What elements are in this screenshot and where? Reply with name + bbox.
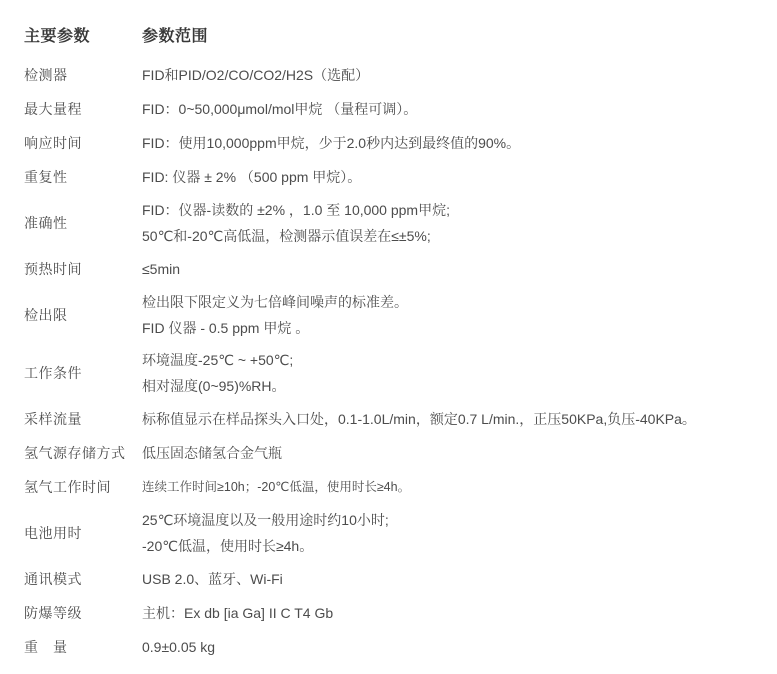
spec-value-line: 50℃和-20℃高低温，检测器示值误差在≤±5%; — [142, 223, 753, 249]
spec-row: 重复性FID: 仪器 ± 2% （500 ppm 甲烷）。 — [24, 160, 753, 194]
spec-label: 重 量 — [24, 637, 142, 657]
spec-row: 检出限检出限下限定义为七倍峰间噪声的标准差。FID 仪器 - 0.5 ppm 甲… — [24, 286, 753, 344]
spec-value-group: 标称值显示在样品探头入口处，0.1-1.0L/min，额定0.7 L/min.，… — [142, 409, 753, 429]
spec-value-line: 检出限下限定义为七倍峰间噪声的标准差。 — [142, 289, 753, 315]
spec-row: 通讯模式USB 2.0、蓝牙、Wi-Fi — [24, 562, 753, 596]
spec-value-group: 25℃环境温度以及一般用途时约10小时;-20℃低温，使用时长≥4h。 — [142, 507, 753, 559]
spec-value-line: USB 2.0、蓝牙、Wi-Fi — [142, 569, 753, 589]
spec-value-line: FID：仪器-读数的 ±2% ，1.0 至 10,000 ppm甲烷; — [142, 197, 753, 223]
spec-value-group: 低压固态储氢合金气瓶 — [142, 443, 753, 463]
spec-label: 检测器 — [24, 65, 142, 85]
spec-value-line: 25℃环境温度以及一般用途时约10小时; — [142, 507, 753, 533]
spec-value-line: ≤5min — [142, 259, 753, 279]
spec-value-group: FID：0~50,000μmol/mol甲烷 （量程可调）。 — [142, 99, 753, 119]
spec-row: 防爆等级主机：Ex db [ia Ga] II C T4 Gb — [24, 596, 753, 630]
spec-value-group: 环境温度-25℃ ~ +50℃;相对湿度(0~95)%RH。 — [142, 347, 753, 399]
spec-value-group: FID: 仪器 ± 2% （500 ppm 甲烷）。 — [142, 167, 753, 187]
spec-row: 响应时间FID：使用10,000ppm甲烷，少于2.0秒内达到最终值的90%。 — [24, 126, 753, 160]
spec-value-line: FID：0~50,000μmol/mol甲烷 （量程可调）。 — [142, 99, 753, 119]
spec-table-body: 检测器FID和PID/O2/CO/CO2/H2S（选配）最大量程FID：0~50… — [24, 58, 753, 664]
spec-row: 工作条件环境温度-25℃ ~ +50℃;相对湿度(0~95)%RH。 — [24, 344, 753, 402]
spec-table: 主要参数 参数范围 检测器FID和PID/O2/CO/CO2/H2S（选配）最大… — [0, 0, 777, 664]
spec-row: 氢气源存储方式低压固态储氢合金气瓶 — [24, 436, 753, 470]
header-param-range: 参数范围 — [142, 23, 208, 46]
spec-value-group: 连续工作时间≥10h；-20℃低温，使用时长≥4h。 — [142, 477, 753, 497]
spec-label: 预热时间 — [24, 259, 142, 279]
spec-value-line: 环境温度-25℃ ~ +50℃; — [142, 347, 753, 373]
spec-row: 重 量0.9±0.05 kg — [24, 630, 753, 664]
spec-label: 氢气源存储方式 — [24, 443, 142, 463]
spec-label: 最大量程 — [24, 99, 142, 119]
spec-value-line: 相对湿度(0~95)%RH。 — [142, 373, 753, 399]
spec-label: 采样流量 — [24, 409, 142, 429]
spec-value-group: 0.9±0.05 kg — [142, 637, 753, 657]
spec-row: 采样流量标称值显示在样品探头入口处，0.1-1.0L/min，额定0.7 L/m… — [24, 402, 753, 436]
spec-label: 重复性 — [24, 167, 142, 187]
spec-label: 通讯模式 — [24, 569, 142, 589]
spec-value-line: 主机：Ex db [ia Ga] II C T4 Gb — [142, 603, 753, 623]
spec-value-line: FID和PID/O2/CO/CO2/H2S（选配） — [142, 65, 753, 85]
spec-value-group: FID：仪器-读数的 ±2% ，1.0 至 10,000 ppm甲烷;50℃和-… — [142, 197, 753, 249]
spec-row: 最大量程FID：0~50,000μmol/mol甲烷 （量程可调）。 — [24, 92, 753, 126]
spec-value-line: 0.9±0.05 kg — [142, 637, 753, 657]
spec-label: 检出限 — [24, 305, 142, 325]
spec-value-line: 标称值显示在样品探头入口处，0.1-1.0L/min，额定0.7 L/min.，… — [142, 409, 753, 429]
spec-value-group: FID和PID/O2/CO/CO2/H2S（选配） — [142, 65, 753, 85]
spec-row: 检测器FID和PID/O2/CO/CO2/H2S（选配） — [24, 58, 753, 92]
spec-label: 工作条件 — [24, 363, 142, 383]
spec-value-line: 连续工作时间≥10h；-20℃低温，使用时长≥4h。 — [142, 477, 753, 497]
spec-label: 准确性 — [24, 213, 142, 233]
spec-value-group: ≤5min — [142, 259, 753, 279]
spec-label: 氢气工作时间 — [24, 477, 142, 497]
spec-value-line: 低压固态储氢合金气瓶 — [142, 443, 753, 463]
spec-label: 电池用时 — [24, 523, 142, 543]
spec-label: 防爆等级 — [24, 603, 142, 623]
spec-value-group: FID：使用10,000ppm甲烷，少于2.0秒内达到最终值的90%。 — [142, 133, 753, 153]
spec-row: 准确性FID：仪器-读数的 ±2% ，1.0 至 10,000 ppm甲烷;50… — [24, 194, 753, 252]
spec-value-line: -20℃低温，使用时长≥4h。 — [142, 533, 753, 559]
header-main-params: 主要参数 — [24, 23, 142, 46]
spec-value-group: 检出限下限定义为七倍峰间噪声的标准差。FID 仪器 - 0.5 ppm 甲烷 。 — [142, 289, 753, 341]
spec-value-group: USB 2.0、蓝牙、Wi-Fi — [142, 569, 753, 589]
spec-label: 响应时间 — [24, 133, 142, 153]
spec-value-line: FID：使用10,000ppm甲烷，少于2.0秒内达到最终值的90%。 — [142, 133, 753, 153]
table-header-row: 主要参数 参数范围 — [24, 21, 753, 47]
spec-value-line: FID: 仪器 ± 2% （500 ppm 甲烷）。 — [142, 167, 753, 187]
spec-row: 氢气工作时间连续工作时间≥10h；-20℃低温，使用时长≥4h。 — [24, 470, 753, 504]
spec-value-group: 主机：Ex db [ia Ga] II C T4 Gb — [142, 603, 753, 623]
spec-row: 预热时间≤5min — [24, 252, 753, 286]
spec-row: 电池用时25℃环境温度以及一般用途时约10小时;-20℃低温，使用时长≥4h。 — [24, 504, 753, 562]
spec-value-line: FID 仪器 - 0.5 ppm 甲烷 。 — [142, 315, 753, 341]
